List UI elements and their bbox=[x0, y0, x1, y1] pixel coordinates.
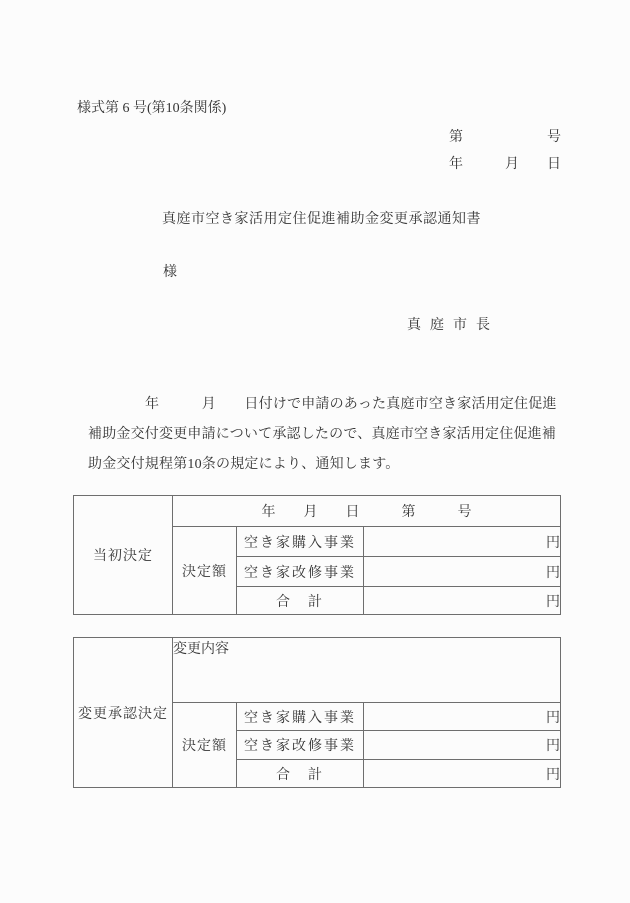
change-approval-decision-table: 変更承認決定 変更内容 決定額 空き家購入事業 円 空き家改修事業 円 合 計 … bbox=[73, 637, 561, 788]
decision-date-number-header: 年 月 日 第 号 bbox=[173, 496, 561, 527]
change-details-cell: 変更内容 bbox=[173, 638, 561, 703]
total-amount-cell: 円 bbox=[364, 760, 561, 788]
vacant-house-purchase-label: 空き家購入事業 bbox=[237, 703, 364, 731]
body-line-1: 年 月 日付けで申請のあった真庭市空き家活用定住促進 bbox=[88, 390, 560, 420]
change-approval-decision-label: 変更承認決定 bbox=[74, 638, 173, 788]
total-amount-cell: 円 bbox=[364, 587, 561, 615]
document-title: 真庭市空き家活用定住促進補助金変更承認通知書 bbox=[162, 208, 481, 228]
body-line-3: 助金交付規程第10条の規定により、通知します。 bbox=[88, 450, 560, 480]
vacant-house-renovation-label: 空き家改修事業 bbox=[237, 731, 364, 760]
decision-amount-label: 決定額 bbox=[173, 527, 237, 615]
initial-decision-label: 当初決定 bbox=[74, 496, 173, 615]
initial-decision-table: 当初決定 年 月 日 第 号 決定額 空き家購入事業 円 空き家改修事業 円 合… bbox=[73, 495, 561, 615]
sender-title: 真庭市長 bbox=[407, 314, 499, 334]
purchase-amount-cell: 円 bbox=[364, 527, 561, 557]
total-label: 合 計 bbox=[237, 760, 364, 788]
decision-amount-label: 決定額 bbox=[173, 703, 237, 788]
addressee-honorific: 様 bbox=[163, 261, 177, 281]
document-number-field: 第 号 bbox=[449, 126, 561, 146]
vacant-house-renovation-label: 空き家改修事業 bbox=[237, 557, 364, 587]
renovation-amount-cell: 円 bbox=[364, 557, 561, 587]
renovation-amount-cell: 円 bbox=[364, 731, 561, 760]
vacant-house-purchase-label: 空き家購入事業 bbox=[237, 527, 364, 557]
notice-document-page: 様式第 6 号(第10条関係) 第 号 年 月 日 真庭市空き家活用定住促進補助… bbox=[0, 0, 630, 903]
issue-date-field: 年 月 日 bbox=[449, 153, 561, 173]
body-line-2: 補助金交付変更申請について承認したので、真庭市空き家活用定住促進補 bbox=[88, 420, 560, 450]
total-label: 合 計 bbox=[237, 587, 364, 615]
form-number: 様式第 6 号(第10条関係) bbox=[77, 97, 226, 117]
purchase-amount-cell: 円 bbox=[364, 703, 561, 731]
body-paragraph: 年 月 日付けで申請のあった真庭市空き家活用定住促進 補助金交付変更申請について… bbox=[88, 390, 560, 480]
